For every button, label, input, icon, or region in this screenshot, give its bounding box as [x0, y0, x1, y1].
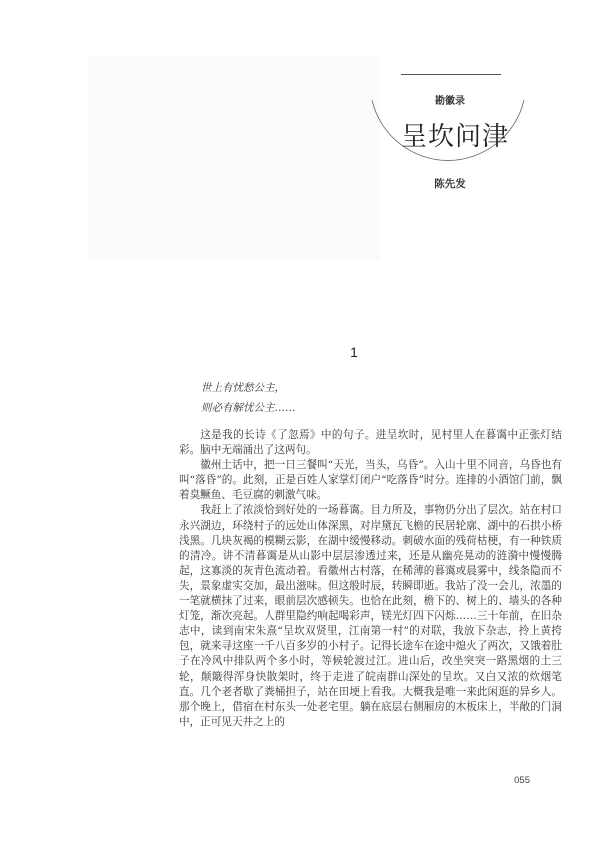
page-number: 055: [500, 775, 530, 786]
header-arc-decoration: [368, 90, 528, 250]
section-number: 1: [344, 344, 364, 360]
author-name: 陈先发: [410, 176, 490, 191]
article-title: 呈坎问津: [380, 116, 530, 153]
body-paragraph: 我赶上了浓淡恰到好处的一场暮霭。目力所及，事物仍分出了层次。站在村口永兴湖边，环…: [179, 503, 562, 729]
header-background-panel: [88, 55, 380, 260]
epigraph-line: 则必有解忧公主……: [201, 398, 296, 418]
body-paragraph: 徽州土话中，把一日三餐叫“天光，当头，乌昏”。入山十里不同音，乌昏也有叫“落昏”…: [179, 458, 562, 503]
epigraph-line: 世上有忧愁公主，: [201, 378, 296, 398]
body-paragraph: 这是我的长诗《了忽焉》中的句子。进呈坎时，见村里人在暮霭中正张灯结彩。脑中无端涌…: [179, 428, 562, 458]
epigraph: 世上有忧愁公主， 则必有解忧公主……: [201, 378, 296, 418]
column-label: 勘徽录: [410, 92, 490, 107]
body-text: 这是我的长诗《了忽焉》中的句子。进呈坎时，见村里人在暮霭中正张灯结彩。脑中无端涌…: [179, 428, 562, 730]
header-top-rule: [401, 74, 501, 75]
